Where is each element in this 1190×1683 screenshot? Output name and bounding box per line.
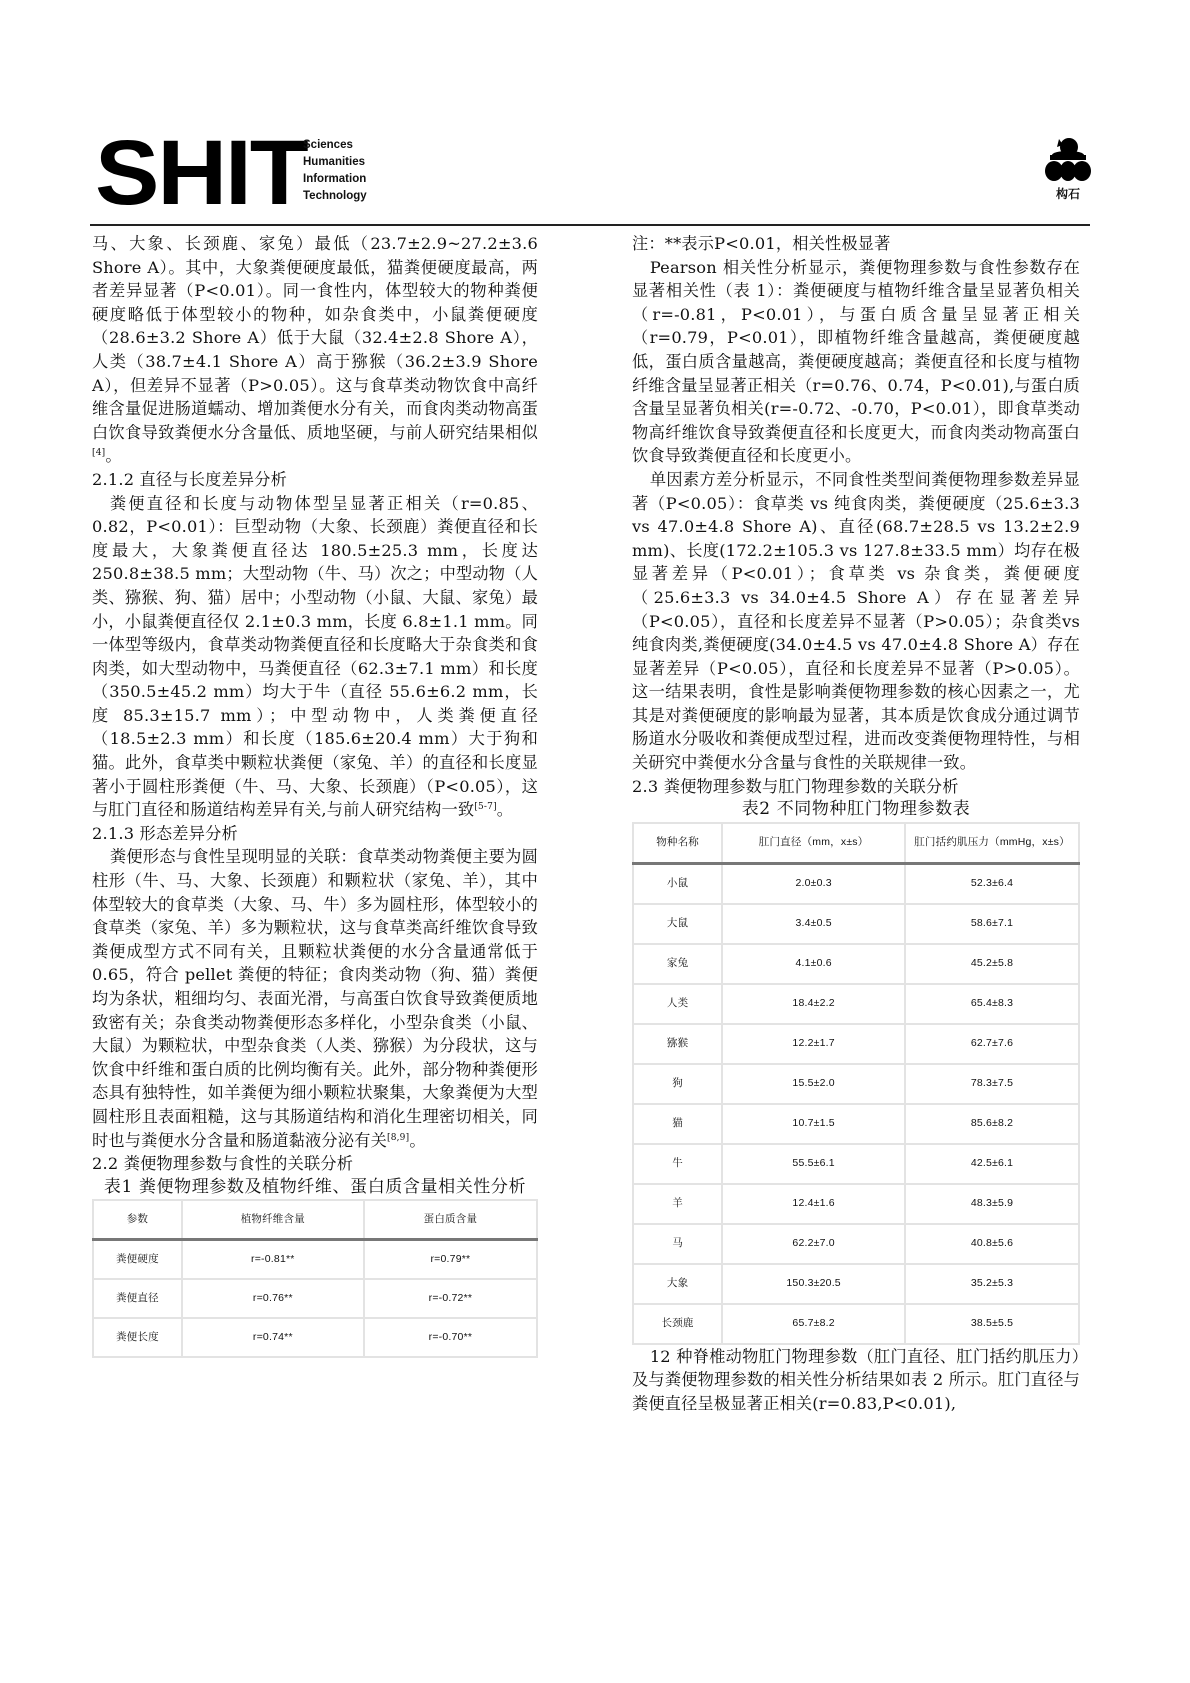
table-cell: 4.1±0.6 (722, 944, 905, 984)
table-cell: 150.3±20.5 (722, 1264, 905, 1304)
table-row: 大象150.3±20.535.2±5.3 (633, 1264, 1079, 1304)
section-heading: 2.1.3 形态差异分析 (92, 822, 538, 846)
table-row: 牛55.5±6.142.5±6.1 (633, 1144, 1079, 1184)
table-cell: r=-0.70** (364, 1318, 537, 1357)
table-cell: 45.2±5.8 (905, 944, 1079, 984)
table-cell: 65.4±8.3 (905, 984, 1079, 1024)
table-cell: r=0.79** (364, 1240, 537, 1280)
stone-logo-caption: 构石 (1041, 185, 1095, 202)
table-cell: 78.3±7.5 (905, 1064, 1079, 1104)
citation[interactable]: [4] (92, 448, 105, 458)
left-column: 马、大象、长颈鹿、家兔）最低（23.7±2.9~27.2±3.6 Shore A… (92, 232, 538, 1358)
table-note: 注：**表示P<0.01，相关性极显著 (632, 232, 1080, 256)
logo-words: Sciences Humanities Information Technolo… (303, 137, 367, 205)
paragraph: Pearson 相关性分析显示，粪便物理参数与食性参数存在显著相关性（表 1）：… (632, 256, 1080, 468)
table-cell: 85.6±8.2 (905, 1104, 1079, 1144)
citation[interactable]: [8,9] (387, 1133, 409, 1143)
table-row: 家兔4.1±0.645.2±5.8 (633, 944, 1079, 984)
stone-logo: 构石 (1041, 135, 1095, 202)
citation[interactable]: [5-7] (474, 802, 497, 812)
logo-word: Information (303, 171, 367, 188)
table-row: 马62.2±7.040.8±5.6 (633, 1224, 1079, 1264)
table-cell: 65.7±8.2 (722, 1304, 905, 1344)
table-row: 大鼠3.4±0.558.6±7.1 (633, 904, 1079, 944)
table-row: 小鼠2.0±0.352.3±6.4 (633, 863, 1079, 904)
table-cell: 粪便硬度 (93, 1240, 182, 1280)
table-cell: 62.2±7.0 (722, 1224, 905, 1264)
journal-logo: SHIT (95, 133, 307, 213)
table-cell: 12.2±1.7 (722, 1024, 905, 1064)
table-header: 肛门直径（mm，x±s） (722, 823, 905, 864)
table-cell: 羊 (633, 1184, 722, 1224)
paragraph: 粪便形态与食性呈现明显的关联：食草类动物粪便主要为圆柱形（牛、马、大象、长颈鹿）… (92, 845, 538, 1152)
paragraph: 马、大象、长颈鹿、家兔）最低（23.7±2.9~27.2±3.6 Shore A… (92, 232, 538, 468)
table-cell: 马 (633, 1224, 722, 1264)
table-cell: r=-0.72** (364, 1279, 537, 1318)
paragraph: 粪便直径和长度与动物体型呈显著正相关（r=0.85、0.82，P<0.01）：巨… (92, 492, 538, 822)
table-header: 物种名称 (633, 823, 722, 864)
right-column: 注：**表示P<0.01，相关性极显著 Pearson 相关性分析显示，粪便物理… (632, 232, 1080, 1416)
table-cell: 3.4±0.5 (722, 904, 905, 944)
table-header: 肛门括约肌压力（mmHg，x±s） (905, 823, 1079, 864)
table-cell: 38.5±5.5 (905, 1304, 1079, 1344)
table-row: 猕猴12.2±1.762.7±7.6 (633, 1024, 1079, 1064)
table-header: 蛋白质含量 (364, 1200, 537, 1240)
section-heading: 2.2 粪便物理参数与食性的关联分析 (92, 1152, 538, 1176)
table-cell: 18.4±2.2 (722, 984, 905, 1024)
table-cell: 35.2±5.3 (905, 1264, 1079, 1304)
table-row: 粪便长度r=0.74**r=-0.70** (93, 1318, 537, 1357)
table-cell: r=0.74** (182, 1318, 364, 1357)
table-cell: 狗 (633, 1064, 722, 1104)
stone-pile-icon (1043, 135, 1093, 181)
table-row: 粪便硬度r=-0.81**r=0.79** (93, 1240, 537, 1280)
table-cell: 粪便长度 (93, 1318, 182, 1357)
table2-caption: 表2 不同物种肛门物理参数表 (632, 798, 1080, 822)
table1: 参数 植物纤维含量 蛋白质含量 粪便硬度r=-0.81**r=0.79** 粪便… (92, 1199, 538, 1358)
header-rule (90, 224, 1090, 226)
logo-word: Technology (303, 188, 367, 205)
section-heading: 2.3 粪便物理参数与肛门物理参数的关联分析 (632, 775, 1080, 799)
table-header: 参数 (93, 1200, 182, 1240)
table-cell: 牛 (633, 1144, 722, 1184)
logo-word: Humanities (303, 154, 367, 171)
table-cell: 10.7±1.5 (722, 1104, 905, 1144)
table-cell: 猫 (633, 1104, 722, 1144)
table-cell: 58.6±7.1 (905, 904, 1079, 944)
table2: 物种名称 肛门直径（mm，x±s） 肛门括约肌压力（mmHg，x±s） 小鼠2.… (632, 822, 1080, 1345)
paragraph: 单因素方差分析显示，不同食性类型间粪便物理参数差异显著（P<0.05）：食草类 … (632, 468, 1080, 775)
table-cell: 40.8±5.6 (905, 1224, 1079, 1264)
table-cell: 大鼠 (633, 904, 722, 944)
table-row: 长颈鹿65.7±8.238.5±5.5 (633, 1304, 1079, 1344)
table1-caption: 表1 粪便物理参数及植物纤维、蛋白质含量相关性分析 (92, 1176, 538, 1200)
table-cell: r=0.76** (182, 1279, 364, 1318)
table-cell: 55.5±6.1 (722, 1144, 905, 1184)
table-cell: 猕猴 (633, 1024, 722, 1064)
table-row: 羊12.4±1.648.3±5.9 (633, 1184, 1079, 1224)
table-cell: 粪便直径 (93, 1279, 182, 1318)
table-header: 植物纤维含量 (182, 1200, 364, 1240)
logo-word: Sciences (303, 137, 367, 154)
table-cell: 长颈鹿 (633, 1304, 722, 1344)
table-cell: 15.5±2.0 (722, 1064, 905, 1104)
table-cell: 48.3±5.9 (905, 1184, 1079, 1224)
table-cell: 小鼠 (633, 863, 722, 904)
journal-header: SHIT Sciences Humanities Information Tec… (95, 125, 1095, 215)
table-cell: 12.4±1.6 (722, 1184, 905, 1224)
paragraph: 12 种脊椎动物肛门物理参数（肛门直径、肛门括约肌压力）及与粪便物理参数的相关性… (632, 1345, 1080, 1416)
section-heading: 2.1.2 直径与长度差异分析 (92, 468, 538, 492)
table-row: 猫10.7±1.585.6±8.2 (633, 1104, 1079, 1144)
table-cell: 52.3±6.4 (905, 863, 1079, 904)
table-cell: 人类 (633, 984, 722, 1024)
table-row: 狗15.5±2.078.3±7.5 (633, 1064, 1079, 1104)
table-cell: r=-0.81** (182, 1240, 364, 1280)
table-cell: 42.5±6.1 (905, 1144, 1079, 1184)
table-row: 粪便直径r=0.76**r=-0.72** (93, 1279, 537, 1318)
table-cell: 62.7±7.6 (905, 1024, 1079, 1064)
table-row: 人类18.4±2.265.4±8.3 (633, 984, 1079, 1024)
table-cell: 2.0±0.3 (722, 863, 905, 904)
table-cell: 家兔 (633, 944, 722, 984)
table-cell: 大象 (633, 1264, 722, 1304)
